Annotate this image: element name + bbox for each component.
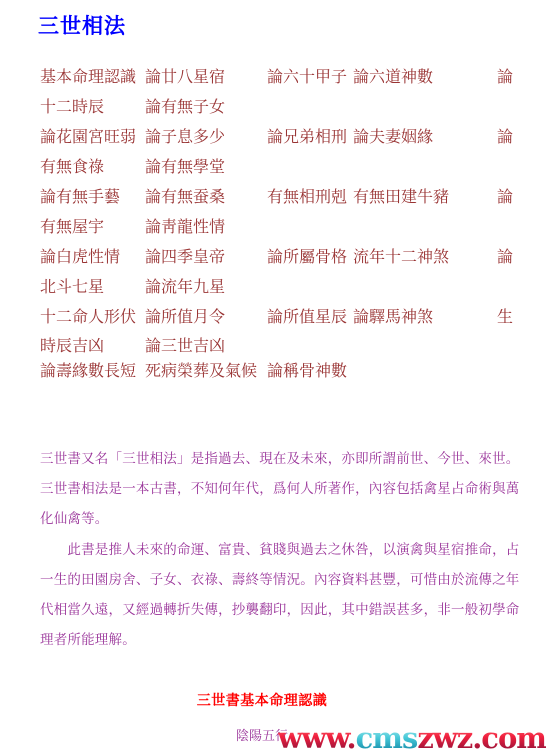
intro-paragraph-1: 三世書又名「三世相法」是指過去、現在及未來，亦即所謂前世、今世、來世。三世書相法… (40, 444, 530, 534)
link-item[interactable]: 論稱骨神數 (267, 363, 347, 381)
link-item[interactable]: 論六道神數 (353, 69, 433, 87)
link-item[interactable]: 論夫妻姻緣 (353, 129, 433, 147)
link-item[interactable]: 論有無子女 (145, 99, 225, 117)
link-item[interactable]: 論靑龍性情 (145, 219, 225, 237)
page: 三世相法 基本命理認識論廿八星宿論六十甲子論六道神數論十二時辰論有無子女論花園宮… (0, 0, 548, 756)
link-item[interactable]: 論驛馬神煞 (353, 309, 433, 327)
link-item[interactable]: 論 (497, 69, 513, 87)
paragraph-line: 化仙禽等。 (40, 504, 530, 534)
paragraph-line: 三世書又名「三世相法」是指過去、現在及未來，亦即所謂前世、今世、來世。 (40, 444, 530, 474)
link-line: 有無食祿論有無學堂 (0, 159, 548, 179)
link-item[interactable]: 基本命理認識 (40, 69, 136, 87)
link-line: 論白虎性情論四季皇帝論所屬骨格流年十二神煞論 (0, 249, 548, 269)
link-item[interactable]: 北斗七星 (40, 279, 104, 297)
watermark-segment: www. (278, 722, 356, 754)
link-item[interactable]: 時辰吉凶 (40, 338, 104, 356)
link-line: 北斗七星論流年九星 (0, 279, 548, 299)
link-item[interactable]: 有無田建牛豬 (353, 189, 449, 207)
link-item[interactable]: 論花園宮旺弱 (40, 129, 136, 147)
link-item[interactable]: 論所值月令 (145, 309, 225, 327)
link-item[interactable]: 論有無學堂 (145, 159, 225, 177)
link-item[interactable]: 論所值星辰 (267, 309, 347, 327)
paragraph-line: 三世書相法是一本古書，不知何年代，爲何人所著作，內容包括禽星占命術與萬 (40, 474, 530, 504)
link-line: 論壽緣數長短死病榮葬及氣候論稱骨神數 (0, 363, 548, 383)
link-item[interactable]: 有無食祿 (40, 159, 104, 177)
link-line: 論有無手藝論有無蚕桑有無相刑剋有無田建牛豬論 (0, 189, 548, 209)
link-item[interactable]: 論六十甲子 (267, 69, 347, 87)
link-item[interactable]: 論有無蚕桑 (145, 189, 225, 207)
link-line: 十二命人形伏論所值月令論所值星辰論驛馬神煞生 (0, 309, 548, 329)
link-item[interactable]: 論所屬骨格 (267, 249, 347, 267)
paragraph-line: 理者所能理解。 (40, 625, 530, 655)
link-line: 論花園宮旺弱論子息多少論兄弟相刑論夫妻姻緣論 (0, 129, 548, 149)
link-line: 有無屋宇論靑龍性情 (0, 219, 548, 239)
watermark-segment: cms (356, 722, 418, 754)
paragraph-line: 一生的田園房舍、子女、衣祿、壽終等情況。內容資料甚豐，可惜由於流傳之年 (40, 565, 530, 595)
paragraph-line: 此書是推人未來的命運、富貴、貧賤與過去之休咎，以演禽與星宿推命，占 (40, 535, 530, 565)
link-item[interactable]: 論四季皇帝 (145, 249, 225, 267)
link-item[interactable]: 論 (497, 129, 513, 147)
intro-paragraph-2: 此書是推人未來的命運、富貴、貧賤與過去之休咎，以演禽與星宿推命，占一生的田園房舍… (40, 535, 530, 655)
link-line: 時辰吉凶論三世吉凶 (0, 338, 548, 358)
link-item[interactable]: 論廿八星宿 (145, 69, 225, 87)
link-item[interactable]: 流年十二神煞 (353, 249, 449, 267)
paragraph-line: 代相當久遠，又經過轉折失傳，抄襲翻印，因此，其中錯誤甚多，非一般初學命 (40, 595, 530, 625)
watermark-segment: zwz.com (417, 722, 546, 754)
page-title: 三世相法 (38, 15, 126, 39)
link-item[interactable]: 論有無手藝 (40, 189, 120, 207)
link-item[interactable]: 論子息多少 (145, 129, 225, 147)
link-item[interactable]: 有無屋宇 (40, 219, 104, 237)
link-item[interactable]: 論 (497, 249, 513, 267)
link-item[interactable]: 生 (497, 309, 513, 327)
link-item[interactable]: 有無相刑剋 (267, 189, 347, 207)
link-item[interactable]: 論 (497, 189, 513, 207)
link-item[interactable]: 論兄弟相刑 (267, 129, 347, 147)
link-item[interactable]: 論流年九星 (145, 279, 225, 297)
link-line: 基本命理認識論廿八星宿論六十甲子論六道神數論 (0, 69, 548, 89)
link-item[interactable]: 論三世吉凶 (145, 338, 225, 356)
link-item[interactable]: 死病榮葬及氣候 (145, 363, 257, 381)
link-item[interactable]: 十二時辰 (40, 99, 104, 117)
link-line: 十二時辰論有無子女 (0, 99, 548, 119)
link-item[interactable]: 十二命人形伏 (40, 309, 136, 327)
link-item[interactable]: 論白虎性情 (40, 249, 120, 267)
link-item[interactable]: 論壽緣數長短 (40, 363, 136, 381)
section-heading: 三世書基本命理認識 (0, 690, 524, 710)
watermark-url: www.cmszwz.com (278, 722, 546, 754)
